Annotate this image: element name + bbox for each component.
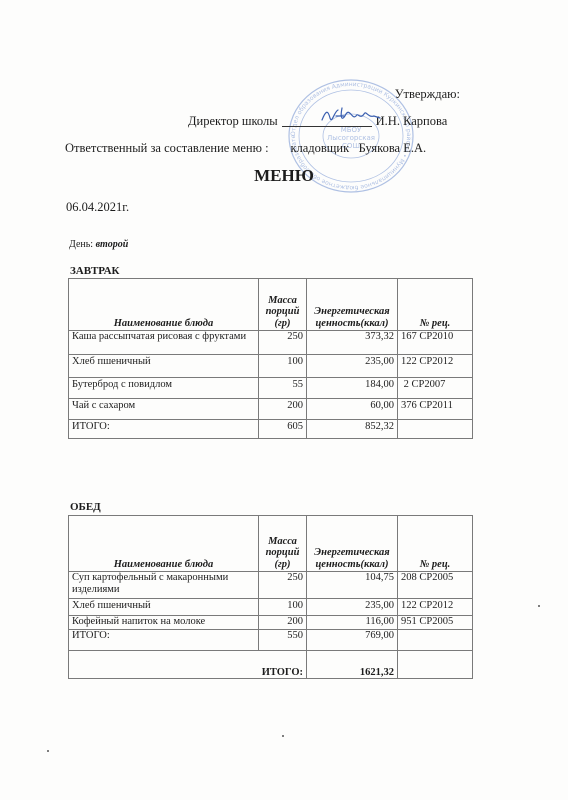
grand-total-row: ИТОГО: 1621,32 — [69, 651, 473, 679]
dish-energy: 235,00 — [307, 355, 398, 378]
table-row: Чай с сахаром 200 60,00 376 СР2011 — [69, 399, 473, 420]
dish-name: Суп картофельный с макаронными изделиями — [69, 572, 259, 599]
scan-speck — [282, 735, 284, 737]
col-header-energy: Энергетическаяценность(ккал) — [307, 516, 398, 572]
dish-energy: 116,00 — [307, 616, 398, 630]
col-header-name: Наименование блюда — [69, 279, 259, 331]
day-label: День: — [69, 239, 93, 250]
dish-mass: 200 — [259, 616, 307, 630]
signature-line — [282, 114, 372, 127]
total-label: ИТОГО: — [69, 420, 259, 439]
col-header-energy: Энергетическаяценность(ккал) — [307, 279, 398, 331]
total-mass: 550 — [259, 630, 307, 651]
dish-recipe: 167 СР2010 — [398, 331, 473, 355]
dish-mass: 250 — [259, 331, 307, 355]
day-value: второй — [96, 239, 129, 250]
responsible-label: Ответственный за составление меню : — [65, 141, 269, 155]
dish-mass: 100 — [259, 355, 307, 378]
table-row: Каша рассыпчатая рисовая с фруктами 250 … — [69, 331, 473, 355]
day-line: День: второй — [69, 239, 128, 250]
director-name: И.Н. Карпова — [376, 114, 448, 128]
dish-energy: 60,00 — [307, 399, 398, 420]
page-title: МЕНЮ — [0, 166, 568, 186]
grand-total-recipe-empty — [398, 651, 473, 679]
table-header-row: Наименование блюда Массапорций(гр) Энерг… — [69, 516, 473, 572]
scan-speck — [538, 605, 540, 607]
lunch-table: Наименование блюда Массапорций(гр) Энерг… — [68, 515, 473, 679]
total-label: ИТОГО: — [69, 630, 259, 651]
director-line: Директор школыИ.Н. Карпова — [188, 114, 447, 129]
dish-name: Бутерброд с повидлом — [69, 378, 259, 399]
responsible-line: Ответственный за составление меню : клад… — [65, 141, 426, 156]
dish-mass: 200 — [259, 399, 307, 420]
col-header-recipe: № рец. — [398, 279, 473, 331]
dish-name: Каша рассыпчатая рисовая с фруктами — [69, 331, 259, 355]
col-header-name: Наименование блюда — [69, 516, 259, 572]
dish-name: Чай с сахаром — [69, 399, 259, 420]
dish-energy: 373,32 — [307, 331, 398, 355]
responsible-role: кладовщик — [290, 141, 349, 155]
col-header-recipe: № рец. — [398, 516, 473, 572]
dish-recipe: 2 СР2007 — [398, 378, 473, 399]
table-header-row: Наименование блюда Массапорций(гр) Энерг… — [69, 279, 473, 331]
responsible-name: Буякова Е.А. — [359, 141, 427, 155]
breakfast-total-row: ИТОГО: 605 852,32 — [69, 420, 473, 439]
table-row: Хлеб пшеничный 100 235,00 122 СР2012 — [69, 355, 473, 378]
director-label: Директор школы — [188, 114, 278, 128]
menu-date: 06.04.2021г. — [66, 200, 129, 215]
scan-speck — [47, 750, 49, 752]
lunch-total-row: ИТОГО: 550 769,00 — [69, 630, 473, 651]
table-row: Суп картофельный с макаронными изделиями… — [69, 572, 473, 599]
dish-recipe: 208 СР2005 — [398, 572, 473, 599]
table-row: Бутерброд с повидлом 55 184,00 2 СР2007 — [69, 378, 473, 399]
dish-energy: 104,75 — [307, 572, 398, 599]
dish-recipe: 376 СР2011 — [398, 399, 473, 420]
breakfast-table: Наименование блюда Массапорций(гр) Энерг… — [68, 278, 473, 439]
dish-recipe: 122 СР2012 — [398, 355, 473, 378]
dish-mass: 55 — [259, 378, 307, 399]
dish-recipe: 122 СР2012 — [398, 599, 473, 616]
dish-mass: 100 — [259, 599, 307, 616]
col-header-mass: Массапорций(гр) — [259, 279, 307, 331]
lunch-section-title: ОБЕД — [70, 501, 101, 513]
total-mass: 605 — [259, 420, 307, 439]
table-row: Хлеб пшеничный 100 235,00 122 СР2012 — [69, 599, 473, 616]
total-recipe-empty — [398, 630, 473, 651]
dish-name: Хлеб пшеничный — [69, 355, 259, 378]
dish-energy: 235,00 — [307, 599, 398, 616]
approve-label: Утверждаю: — [395, 87, 460, 102]
total-recipe-empty — [398, 420, 473, 439]
col-header-mass: Массапорций(гр) — [259, 516, 307, 572]
dish-name: Кофейный напиток на молоке — [69, 616, 259, 630]
total-energy: 852,32 — [307, 420, 398, 439]
total-energy: 769,00 — [307, 630, 398, 651]
grand-total-label: ИТОГО: — [69, 651, 307, 679]
dish-name: Хлеб пшеничный — [69, 599, 259, 616]
table-row: Кофейный напиток на молоке 200 116,00 95… — [69, 616, 473, 630]
dish-energy: 184,00 — [307, 378, 398, 399]
breakfast-section-title: ЗАВТРАК — [70, 265, 120, 277]
dish-recipe: 951 СР2005 — [398, 616, 473, 630]
grand-total-energy: 1621,32 — [307, 651, 398, 679]
dish-mass: 250 — [259, 572, 307, 599]
